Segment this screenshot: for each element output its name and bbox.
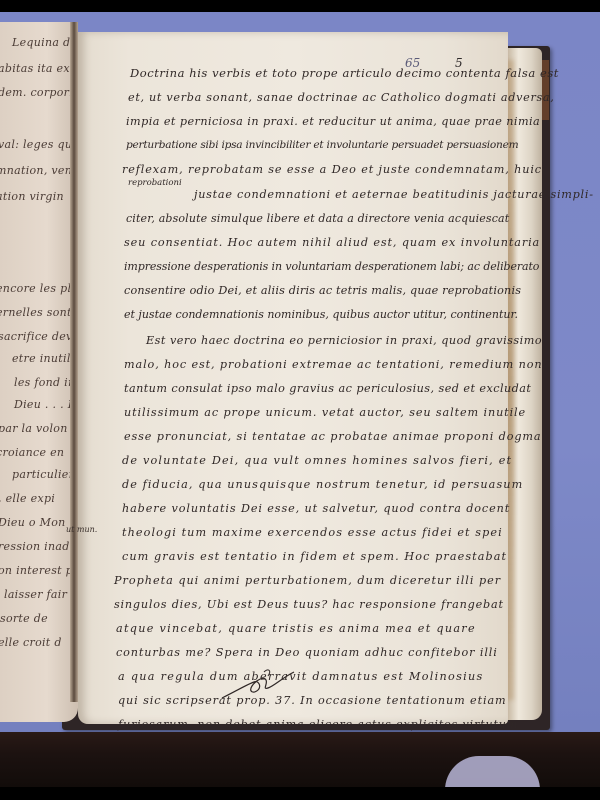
top-black-border [0, 0, 600, 12]
left-fragment: val: leges que [0, 138, 78, 151]
manuscript-line: qui sic scripserat prop. 37. In occasion… [118, 694, 507, 707]
manuscript-line: justae condemnationi et aeternae beatitu… [194, 188, 594, 201]
line-text: perturbatione sibi ipsa invincibiliter e… [126, 139, 518, 151]
manuscript-line: seu consentiat. Hoc autem nihil aliud es… [124, 236, 540, 249]
left-fragment: Lequina de [12, 36, 77, 49]
book-gutter [70, 22, 78, 702]
left-fragment: Dieu . . . Il [14, 398, 76, 411]
manuscript-line: singulos dies, Ubi est Deus tuus? hac re… [114, 598, 504, 611]
manuscript-line: perturbatione sibi ipsa invincibiliter e… [126, 139, 518, 151]
left-fragment: sacrifice devien [0, 330, 78, 343]
manuscript-line: theologi tum maxime exercendos esse actu… [122, 526, 503, 539]
manuscript-line: Doctrina his verbis et toto prope articu… [130, 66, 559, 80]
left-fragment: les fond inter [14, 376, 78, 389]
signature-flourish-icon [218, 664, 298, 704]
manuscript-line: reflexam, reprobatam se esse a Deo et ju… [122, 163, 542, 176]
manuscript-line: de voluntate Dei, qua vult omnes homines… [122, 454, 512, 467]
left-fragment: mnation, vendi [0, 164, 78, 177]
manuscript-line: de fiducia, qua unusquisque nostrum tene… [122, 478, 523, 491]
manuscript-line: impia et perniciosa in praxi. et reducit… [126, 115, 540, 128]
left-fragment: ernelles sont en [0, 306, 78, 319]
left-fragment: , elle expi [0, 492, 55, 505]
manuscript-line: utilissimum ac prope unicum. vetat aucto… [124, 406, 526, 419]
manuscript-line: impressione desperationis in voluntariam… [124, 260, 539, 273]
left-fragment: ation virgin [0, 190, 64, 203]
left-fragment: etre inutile [12, 352, 77, 365]
manuscript-line: furiosarum, non debet anima elicere actu… [118, 718, 518, 731]
margin-note: ut mun. [66, 525, 97, 534]
manuscript-line: tantum consulat ipso malo gravius ac per… [124, 382, 531, 395]
left-fragment: par la volon [0, 422, 68, 435]
left-fragment: ression inadm [0, 540, 78, 553]
bottom-black-border [0, 787, 600, 800]
left-fragment: Dieu o Mon [0, 516, 66, 529]
manuscript-line: Est vero haec doctrina eo perniciosior i… [146, 334, 542, 347]
left-fragment: croiance en [0, 446, 64, 459]
manuscript-line: et, ut verba sonant, sanae doctrinae ac … [128, 91, 555, 104]
manuscript-line: esse pronunciat, si tentatae ac probatae… [124, 430, 542, 443]
manuscript-line: atque vincebat, quare tristis es anima m… [116, 622, 476, 635]
left-fragment: particulier [12, 468, 74, 481]
left-fragment: encore les plu [0, 282, 78, 295]
left-fragment: on interest p [0, 564, 73, 577]
manuscript-line: conturbas me? Spera in Deo quoniam adhuc… [116, 646, 498, 659]
left-fragment: laisser fair [4, 588, 67, 601]
manuscript-line: a qua regula dum aberravit damnatus est … [118, 670, 484, 683]
left-fragment: abitas ita ex p [0, 62, 78, 75]
inserted-word: reprobationi [128, 178, 182, 188]
manuscript-line: malo, hoc est, probationi extremae ac te… [124, 358, 542, 371]
manuscript-line: et justae condemnationis nominibus, quib… [124, 308, 518, 321]
manuscript-line: habere voluntatis Dei esse, ut salvetur,… [122, 502, 510, 515]
manuscript-line: citer, absolute simulque libere et data … [126, 212, 509, 225]
right-page [78, 32, 508, 724]
manuscript-line: Propheta qui animi perturbationem, dum d… [114, 574, 501, 587]
left-page: Lequina de abitas ita ex p dem. corpori … [0, 22, 78, 722]
left-fragment: sorte de [0, 612, 48, 625]
manuscript-line: cum gravis est tentatio in fidem et spem… [122, 550, 507, 563]
manuscript-line: consentire odio Dei, et aliis diris ac t… [124, 284, 521, 297]
left-fragment: dem. corpori quoq [0, 86, 78, 99]
left-fragment: elle croit d [0, 636, 62, 649]
